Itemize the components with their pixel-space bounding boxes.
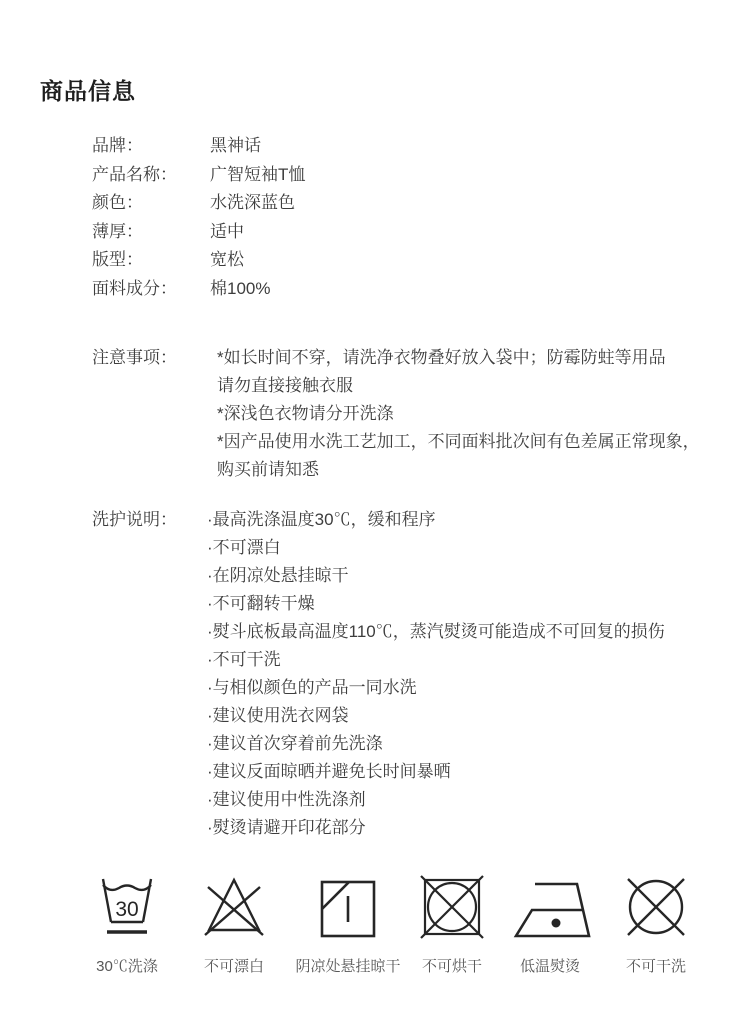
notes-section-label: 注意事项：: [92, 344, 207, 484]
care-symbol-label: 不可烘干: [422, 955, 482, 976]
care-section-label: 洗护说明：: [92, 506, 207, 842]
care-symbol-label: 不可漂白: [204, 955, 264, 976]
page-title: 商品信息: [40, 73, 136, 106]
detail-row: 品牌： 黑神话: [92, 132, 305, 161]
care-instruction-line: ·建议使用中性洗涤剂: [207, 786, 665, 814]
no-bleach-icon: [198, 874, 270, 940]
detail-value: 广智短袖T恤: [210, 161, 305, 190]
wash-30-icon: 30: [91, 876, 163, 940]
detail-row: 颜色： 水洗深蓝色: [92, 189, 305, 218]
svg-text:30: 30: [115, 898, 138, 921]
note-item: *因产品使用水洗工艺加工，不同面料批次间有色差属正常现象，购买前请知悉: [207, 428, 700, 484]
detail-value: 棉100%: [210, 275, 270, 304]
care-instruction-line: ·建议使用洗衣网袋: [207, 702, 665, 730]
note-line: *因产品使用水洗工艺加工，不同面料批次间有色差属正常现象，: [207, 428, 700, 456]
care-symbol-label: 30℃洗涤: [96, 955, 158, 976]
care-instruction-line: ·建议反面晾晒并避免长时间暴晒: [207, 758, 665, 786]
care-instruction-line: ·建议首次穿着前先洗涤: [207, 730, 665, 758]
detail-label: 版型：: [92, 246, 210, 275]
shade-line-dry-icon: [312, 878, 384, 940]
note-line: 请勿直接接触衣服: [207, 372, 700, 400]
detail-row: 面料成分： 棉100%: [92, 275, 305, 304]
notes-section: 注意事项： *如长时间不穿，请洗净衣物叠好放入袋中；防霉防蛀等用品请勿直接接触衣…: [92, 344, 700, 484]
care-instruction-line: ·不可漂白: [207, 534, 665, 562]
detail-value: 宽松: [210, 246, 244, 275]
detail-label: 面料成分：: [92, 275, 210, 304]
care-instruction-line: ·在阴凉处悬挂晾干: [207, 562, 665, 590]
detail-value: 黑神话: [210, 132, 261, 161]
iron-low-icon: [507, 878, 593, 940]
product-details: 品牌： 黑神话 产品名称： 广智短袖T恤 颜色： 水洗深蓝色 薄厚： 适中 版型…: [92, 132, 305, 303]
no-dry-clean-icon: [621, 874, 691, 940]
note-item: *如长时间不穿，请洗净衣物叠好放入袋中；防霉防蛀等用品请勿直接接触衣服: [207, 344, 700, 400]
care-instruction-line: ·与相似颜色的产品一同水洗: [207, 674, 665, 702]
detail-row: 薄厚： 适中: [92, 218, 305, 247]
note-line: *深浅色衣物请分开洗涤: [207, 400, 700, 428]
detail-label: 薄厚：: [92, 218, 210, 247]
care-symbol-label: 低温熨烫: [520, 955, 580, 976]
care-symbol-no-dry-clean: 不可干洗: [586, 872, 726, 976]
detail-row: 版型： 宽松: [92, 246, 305, 275]
detail-label: 颜色：: [92, 189, 210, 218]
note-item: *深浅色衣物请分开洗涤: [207, 400, 700, 428]
note-line: *如长时间不穿，请洗净衣物叠好放入袋中；防霉防蛀等用品: [207, 344, 700, 372]
care-instructions-section: 洗护说明： ·最高洗涤温度30℃，缓和程序·不可漂白·在阴凉处悬挂晾干·不可翻转…: [92, 506, 665, 842]
detail-row: 产品名称： 广智短袖T恤: [92, 161, 305, 190]
care-symbols-row: 30 30℃洗涤 不可漂白 阴凉处悬挂晾干: [0, 872, 750, 1002]
no-tumble-dry-icon: [417, 874, 487, 940]
care-symbol-label: 不可干洗: [626, 955, 686, 976]
care-instruction-line: ·不可干洗: [207, 646, 665, 674]
detail-value: 适中: [210, 218, 244, 247]
care-instruction-line: ·不可翻转干燥: [207, 590, 665, 618]
care-content: ·最高洗涤温度30℃，缓和程序·不可漂白·在阴凉处悬挂晾干·不可翻转干燥·熨斗底…: [207, 506, 665, 842]
care-instruction-line: ·熨烫请避开印花部分: [207, 814, 665, 842]
care-instruction-line: ·熨斗底板最高温度110℃，蒸汽熨烫可能造成不可回复的损伤: [207, 618, 665, 646]
notes-content: *如长时间不穿，请洗净衣物叠好放入袋中；防霉防蛀等用品请勿直接接触衣服 *深浅色…: [207, 344, 700, 484]
detail-label: 品牌：: [92, 132, 210, 161]
product-info-page: 商品信息 品牌： 黑神话 产品名称： 广智短袖T恤 颜色： 水洗深蓝色 薄厚： …: [0, 0, 750, 1027]
note-line: 购买前请知悉: [207, 456, 700, 484]
care-instruction-line: ·最高洗涤温度30℃，缓和程序: [207, 506, 665, 534]
detail-label: 产品名称：: [92, 161, 210, 190]
detail-value: 水洗深蓝色: [210, 189, 295, 218]
